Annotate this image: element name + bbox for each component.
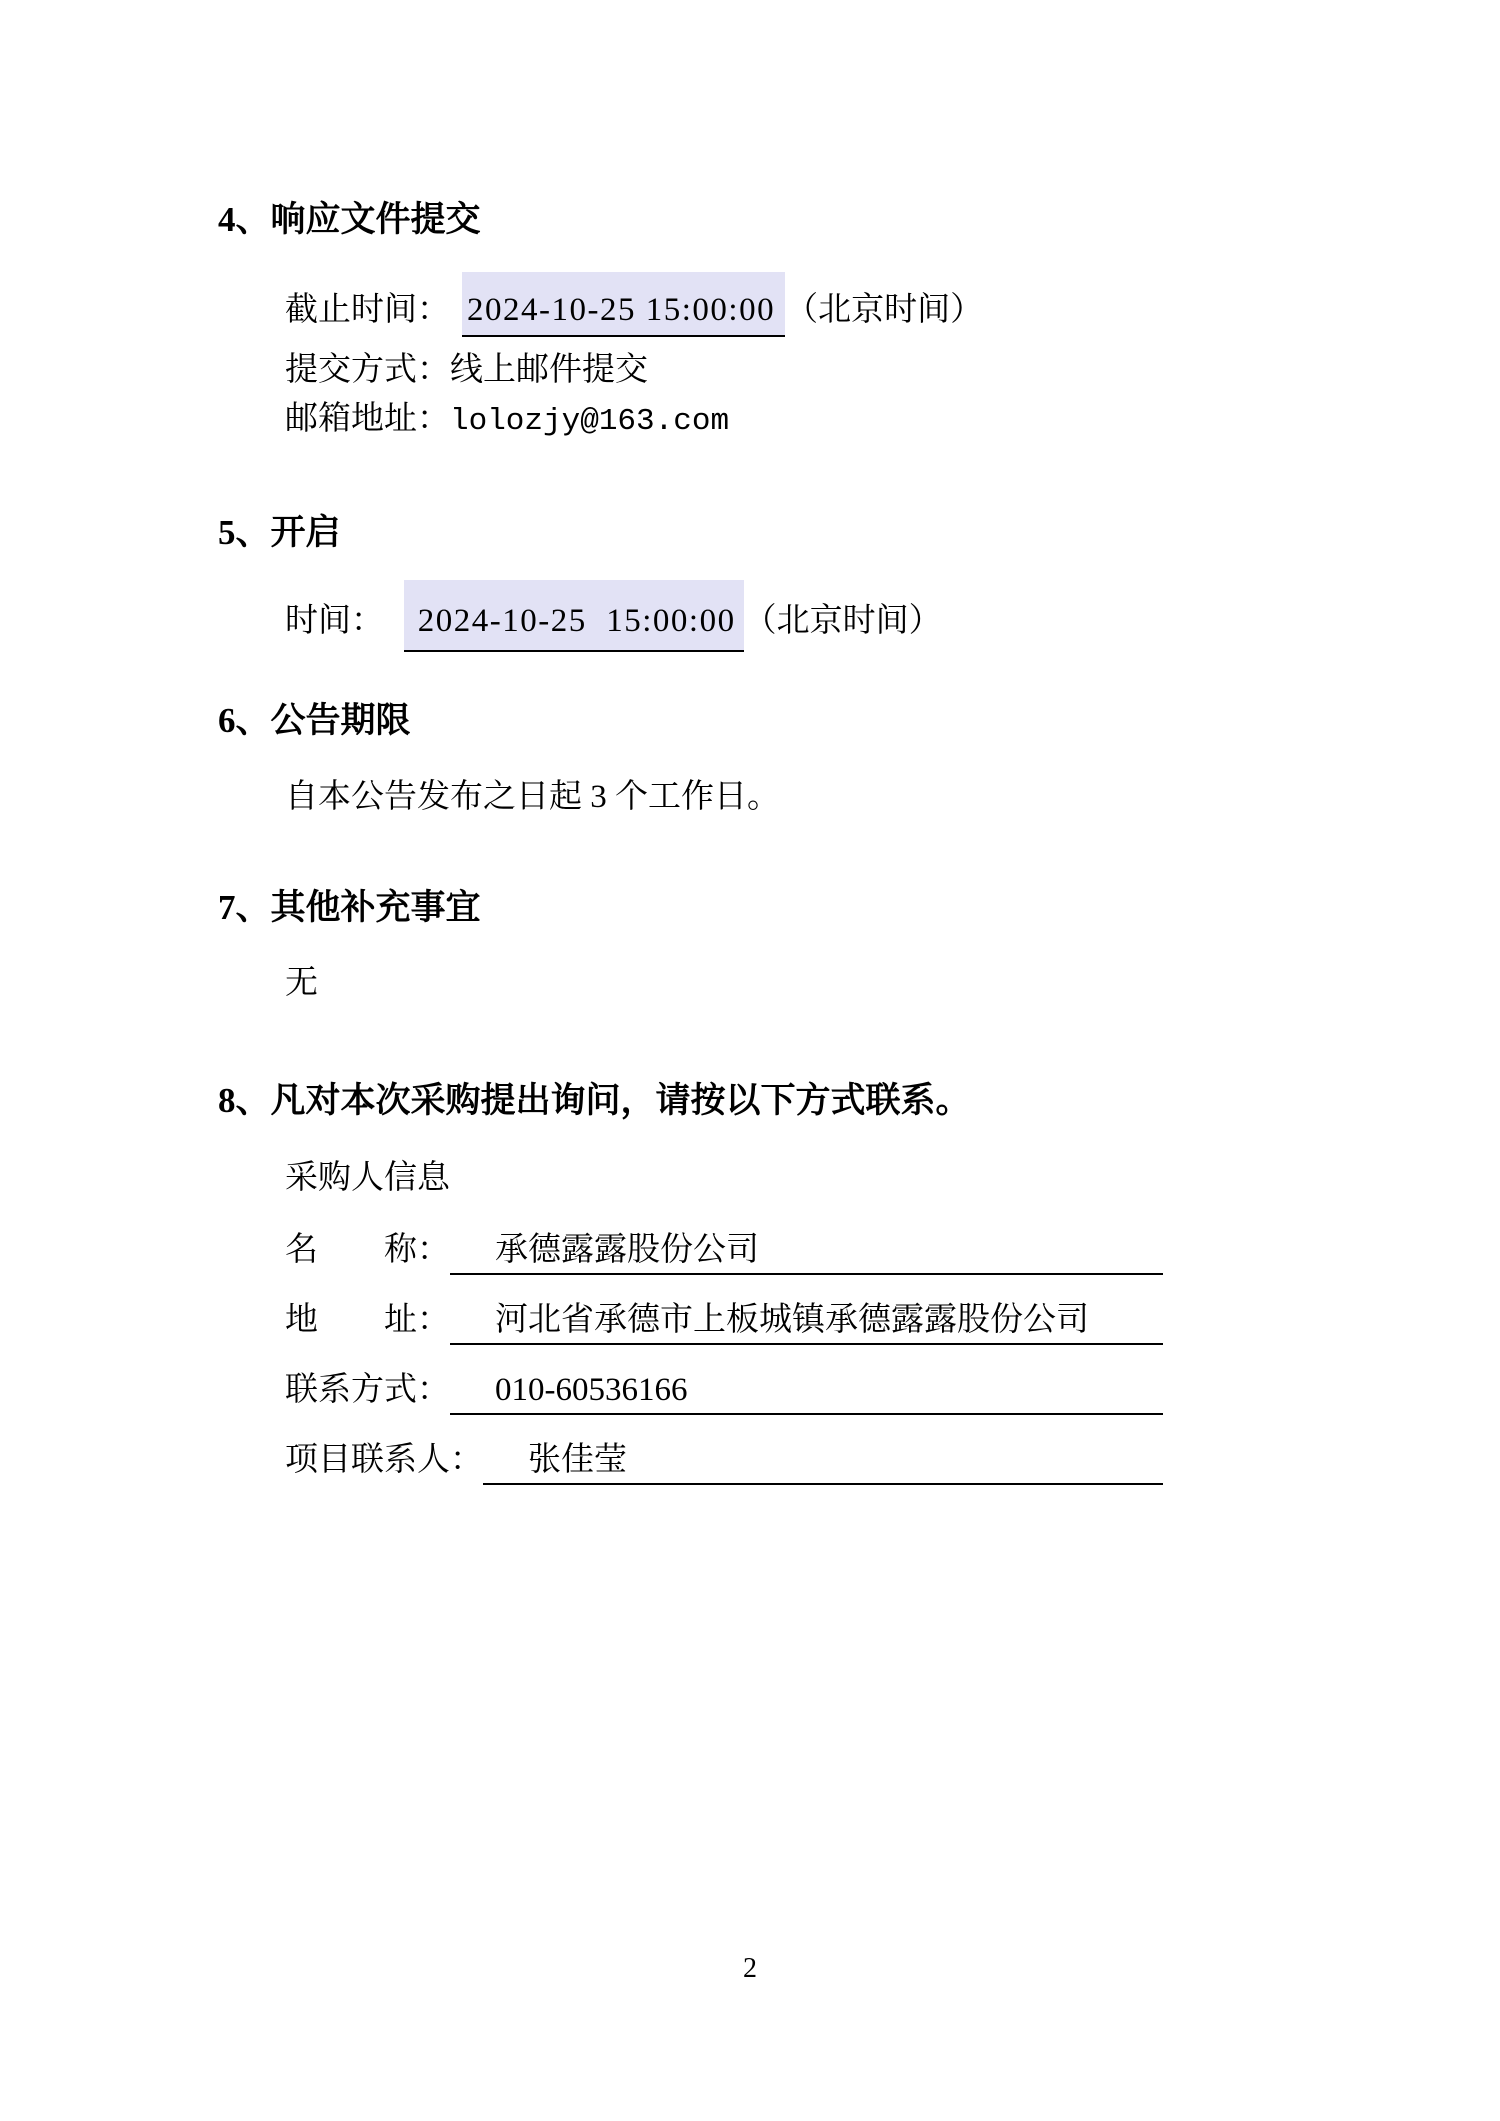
buyer-address-row: 地 址： 河北省承德市上板城镇承德露露股份公司	[285, 1298, 1163, 1345]
open-time-value-highlight: 2024-10-25 15:00:00	[404, 580, 744, 652]
buyer-name-row: 名 称： 承德露露股份公司	[285, 1228, 1163, 1275]
project-contact-row: 项目联系人： 张佳莹	[285, 1438, 1163, 1485]
buyer-info-title: 采购人信息	[285, 1155, 450, 1201]
document-page: 4、响应文件提交 截止时间： 2024-10-25 15:00:00 （北京时间…	[0, 0, 1500, 2121]
buyer-address-value: 河北省承德市上板城镇承德露露股份公司	[450, 1298, 1163, 1345]
other-matters-text: 无	[285, 960, 318, 1006]
buyer-contact-row: 联系方式： 010-60536166	[285, 1368, 1163, 1415]
announcement-period-text: 自本公告发布之日起 3 个工作日。	[285, 774, 780, 820]
section-7-heading: 7、其他补充事宜	[218, 885, 481, 931]
deadline-label: 截止时间：	[285, 287, 450, 333]
other-matters-value: 无	[285, 960, 318, 1006]
project-contact-label: 项目联系人：	[285, 1438, 483, 1483]
buyer-name-label: 名 称：	[285, 1228, 450, 1273]
email-value: lolozjy@163.com	[450, 399, 729, 445]
deadline-line: 截止时间： 2024-10-25 15:00:00 （北京时间）	[285, 272, 983, 337]
buyer-name-value: 承德露露股份公司	[450, 1228, 1163, 1275]
submit-method-line: 提交方式： 线上邮件提交	[285, 347, 648, 393]
open-time-label: 时间：	[285, 598, 384, 644]
submit-method-label: 提交方式：	[285, 347, 450, 393]
open-time-suffix: （北京时间）	[744, 598, 942, 644]
buyer-info-title-text: 采购人信息	[285, 1155, 450, 1201]
email-label: 邮箱地址：	[285, 396, 450, 442]
submit-method-value: 线上邮件提交	[450, 347, 648, 393]
open-time-line: 时间： 2024-10-25 15:00:00 （北京时间）	[285, 580, 942, 652]
project-contact-value: 张佳莹	[483, 1438, 1163, 1485]
section-5-heading: 5、开启	[218, 510, 341, 556]
section-6-heading: 6、公告期限	[218, 698, 411, 744]
page-number: 2	[0, 1952, 1500, 1986]
buyer-address-label: 地 址：	[285, 1298, 450, 1343]
buyer-contact-label: 联系方式：	[285, 1368, 450, 1413]
announcement-period-value: 自本公告发布之日起 3 个工作日。	[285, 774, 780, 820]
email-line: 邮箱地址： lolozjy@163.com	[285, 396, 729, 445]
deadline-value-highlight: 2024-10-25 15:00:00	[462, 272, 785, 337]
buyer-contact-value: 010-60536166	[450, 1368, 1163, 1415]
section-4-heading: 4、响应文件提交	[218, 197, 481, 243]
section-8-heading: 8、凡对本次采购提出询问，请按以下方式联系。	[218, 1078, 971, 1124]
deadline-suffix: （北京时间）	[785, 287, 983, 333]
